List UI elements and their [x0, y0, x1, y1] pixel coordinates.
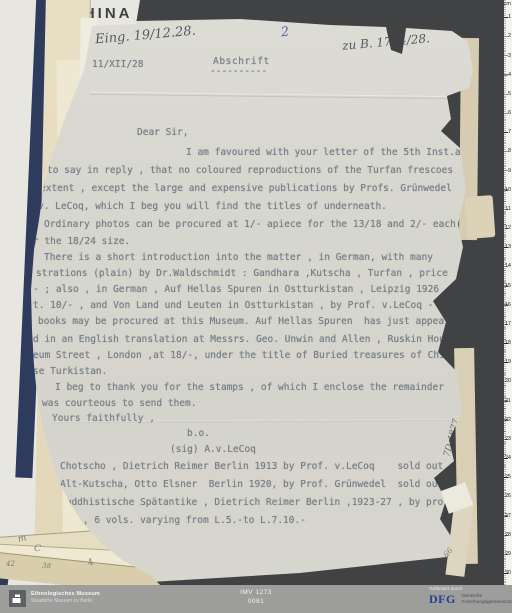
- ruler-number: 27: [505, 513, 511, 519]
- dfg-logo: DFG: [429, 592, 456, 607]
- typed-line: - ; also , in German , Auf Hellas Spuren…: [33, 284, 451, 295]
- typed-line: (sig) A.v.LeCoq: [170, 444, 256, 455]
- scan-background: Eing. 19/12.28. 2 zu B. 1794/28. 11/XII/…: [0, 0, 512, 613]
- typed-line: was courteous to send them.: [42, 398, 196, 409]
- ruler-number: 6: [508, 110, 511, 116]
- ruler-number: 29: [505, 551, 511, 557]
- typed-line: There is a short introduction into the m…: [44, 252, 433, 263]
- paper-fragment-right-tab: [465, 195, 496, 239]
- typed-line: Alt-Kutscha, Otto Elsner Berlin 1920, by…: [60, 479, 443, 490]
- pencil-scribble: 42: [6, 560, 15, 568]
- typed-line: v. LeCoq, which I beg you will find the …: [38, 201, 387, 212]
- ruler-number: 26: [505, 493, 511, 499]
- typed-line: d in an English translation at Messrs. G…: [33, 334, 462, 345]
- typed-line: to say in reply , that no coloured repro…: [47, 165, 453, 176]
- ruler-number: 1: [508, 14, 511, 20]
- ruler-number: 2: [508, 33, 511, 39]
- ruler-unit-label: cm: [504, 1, 511, 7]
- ruler-number: 21: [505, 398, 511, 404]
- ruler-number: 30: [505, 570, 511, 576]
- typed-line: Coq , 6 vols. varying from L.5.-to L.7.1…: [60, 515, 306, 526]
- typed-line: Dear Sir,: [137, 127, 188, 138]
- ruler-number: 3: [508, 53, 511, 59]
- ruler-number: 8: [508, 148, 511, 154]
- typed-line: I am favoured with your letter of the 5t…: [186, 147, 472, 158]
- ruler-number: 13: [505, 244, 511, 250]
- ruler-number: 22: [505, 417, 511, 423]
- dfg-name-line1: Deutsche: [462, 594, 482, 599]
- ruler-number: 24: [505, 455, 511, 461]
- typed-line: strations (plain) by Dr.Waldschmidt : Ga…: [36, 268, 448, 279]
- ruler-number: 15: [505, 283, 511, 289]
- pencil-scribble: C: [34, 544, 42, 555]
- typed-line: Chotscho , Dietrich Reimer Berlin 1913 b…: [60, 461, 443, 472]
- typed-line: se Turkistan.: [33, 366, 107, 377]
- ruler-number: 11: [505, 206, 511, 212]
- ruler-number: 19: [505, 359, 511, 365]
- ruler-number: 7: [508, 129, 511, 135]
- ruler-number: 16: [505, 302, 511, 308]
- ruler-number: 18: [505, 340, 511, 346]
- ruler-number: 25: [505, 474, 511, 480]
- dfg-name-line2: Forschungsgemeinschaft: [462, 600, 512, 605]
- typed-line: r the 18/24 size.: [33, 236, 130, 247]
- ruler-number: 4: [508, 72, 511, 78]
- ruler-number: 5: [508, 91, 511, 97]
- typed-line: books may be procured at this Museum. Au…: [38, 316, 450, 327]
- typed-line: Buddhistische Spätantike , Dietrich Reim…: [60, 497, 455, 508]
- ruler-number: 17: [505, 321, 511, 327]
- ruler-number: 9: [508, 168, 511, 174]
- pencil-scribble: m: [17, 533, 28, 545]
- ruler-number: 23: [505, 436, 511, 442]
- typed-line: eum Street , London ,at 18/-, under the …: [33, 350, 451, 361]
- typed-line: t. 10/- , and Von Land und Leuten in Ost…: [33, 300, 462, 311]
- ruler-number: 10: [505, 187, 511, 193]
- typed-line: I beg to thank you for the stamps , of w…: [55, 382, 444, 393]
- typed-line: extent , except the large and expensive …: [40, 183, 452, 194]
- typed-line: b.o.: [187, 428, 210, 439]
- ruler: cm 1234567891011121314151617181920212223…: [504, 0, 512, 585]
- ruler-number: 28: [505, 532, 511, 538]
- ruler-number: 20: [505, 378, 511, 384]
- pencil-scribble: 4: [86, 557, 95, 568]
- typed-line: Yours faithfully ,: [52, 413, 155, 424]
- typed-line: Ordinary photos can be procured at 1/- a…: [44, 219, 456, 230]
- ruler-number: 12: [505, 225, 511, 231]
- ruler-number: 14: [505, 263, 511, 269]
- footer-bar: Ethnologisches Museum Staatliche Museen …: [0, 585, 512, 613]
- pencil-scribble: 38: [42, 562, 51, 571]
